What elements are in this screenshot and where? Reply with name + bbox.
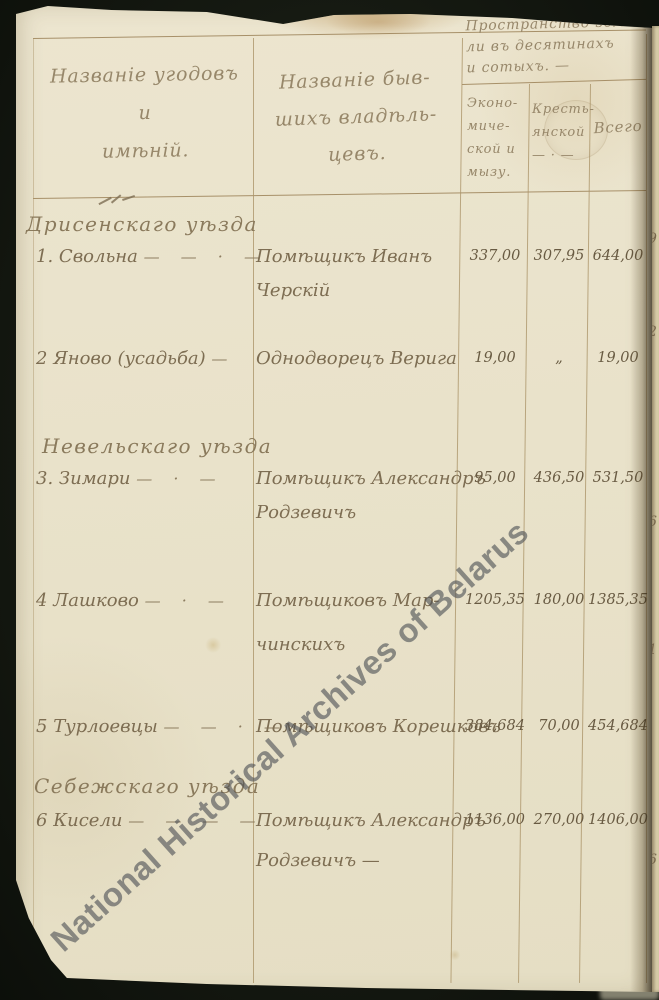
column-divider-economic-peasant <box>518 84 530 983</box>
document-page: Названіе угодовъ и имѣній. Названіе быв-… <box>16 0 652 1000</box>
column-header-estates: Названіе угодовъ и имѣній. <box>43 54 247 172</box>
area-economic: 19,00 <box>474 350 516 366</box>
group-header-underline <box>462 79 646 85</box>
area-peasant: 307,95 <box>534 248 585 264</box>
estate-name: 4 Лашково — · — <box>36 590 232 611</box>
column-header-owners: Названіе быв- шихъ владѣль- цевъ. <box>258 59 454 177</box>
column-group-header-area: Пространство зем- ли въ десятинахъ и сот… <box>465 12 647 80</box>
filler-dashes: — — — — <box>128 811 263 830</box>
owner-name-line1: Помѣщикъ Александръ <box>256 810 486 831</box>
ink-fragment: 1 <box>652 642 657 658</box>
adjacent-page-edge: 9 2 6 1 6 <box>652 26 659 992</box>
filler-dashes: — · — <box>145 591 232 610</box>
area-economic: 1205,35 <box>465 592 525 608</box>
subcolumn-header-peasant: Кресть- янской — · — <box>532 98 587 167</box>
estate-name: 3. Зимари — · — <box>36 468 224 489</box>
ink-fragment: 9 <box>652 231 657 247</box>
ink-fragment: 2 <box>652 324 657 340</box>
area-peasant: 70,00 <box>538 718 580 734</box>
section-title-uyezd: Себежскаго уѣзда <box>34 774 260 798</box>
owner-name-line2: Черскій <box>256 280 330 301</box>
area-economic: 1136,00 <box>465 812 525 828</box>
column-divider-peasant-total <box>579 84 591 983</box>
filler-dashes: — — · — <box>144 247 268 266</box>
ink-fragment: 6 <box>652 852 657 868</box>
estate-name: 2 Яново (усадьба) — <box>36 348 235 369</box>
filler-dashes: — <box>211 349 235 368</box>
owner-name-line2: Родзевичъ — <box>256 850 380 871</box>
page-fold-shadow <box>630 0 652 1000</box>
estate-name: 6 Кисели — — — — <box>36 810 264 831</box>
table-left-border <box>33 38 34 983</box>
ink-fragment: 6 <box>652 514 657 530</box>
area-peasant: 436,50 <box>534 470 585 486</box>
column-divider-estates-owners <box>253 38 254 983</box>
scanned-archival-document: Названіе угодовъ и имѣній. Названіе быв-… <box>0 0 659 1000</box>
area-peasant: 270,00 <box>534 812 585 828</box>
owner-name-line2: чинскихъ <box>256 634 345 655</box>
area-peasant: 180,00 <box>534 592 585 608</box>
area-peasant: „ <box>555 350 563 366</box>
section-title-uyezd: Невельскаго уѣзда <box>42 434 272 458</box>
owner-name-line1: Однодворецъ Верига <box>256 348 457 369</box>
area-economic: 95,00 <box>474 470 516 486</box>
section-title-uyezd: Дрисенскаго уѣзда <box>26 212 258 236</box>
subcolumn-header-economic: Эконо- миче- ской и мызу. <box>467 92 525 184</box>
owner-name-line1: Помѣщикъ Александръ <box>256 468 486 489</box>
owner-name-line1: Помѣщикъ Иванъ <box>256 246 432 267</box>
area-economic: 337,00 <box>470 248 521 264</box>
owner-name-line1: Помѣщиковъ Мар- <box>256 590 440 611</box>
owner-name-line2: Родзевичъ <box>256 502 356 523</box>
estate-name: 5 Турлоевцы — — · — <box>36 716 288 737</box>
area-economic: 384,684 <box>465 718 525 734</box>
ink-scribble-mark <box>98 192 138 206</box>
column-divider-owners-economic <box>450 38 463 983</box>
estate-name: 1. Свольна — — · — <box>36 246 268 267</box>
filler-dashes: — · — <box>136 469 223 488</box>
